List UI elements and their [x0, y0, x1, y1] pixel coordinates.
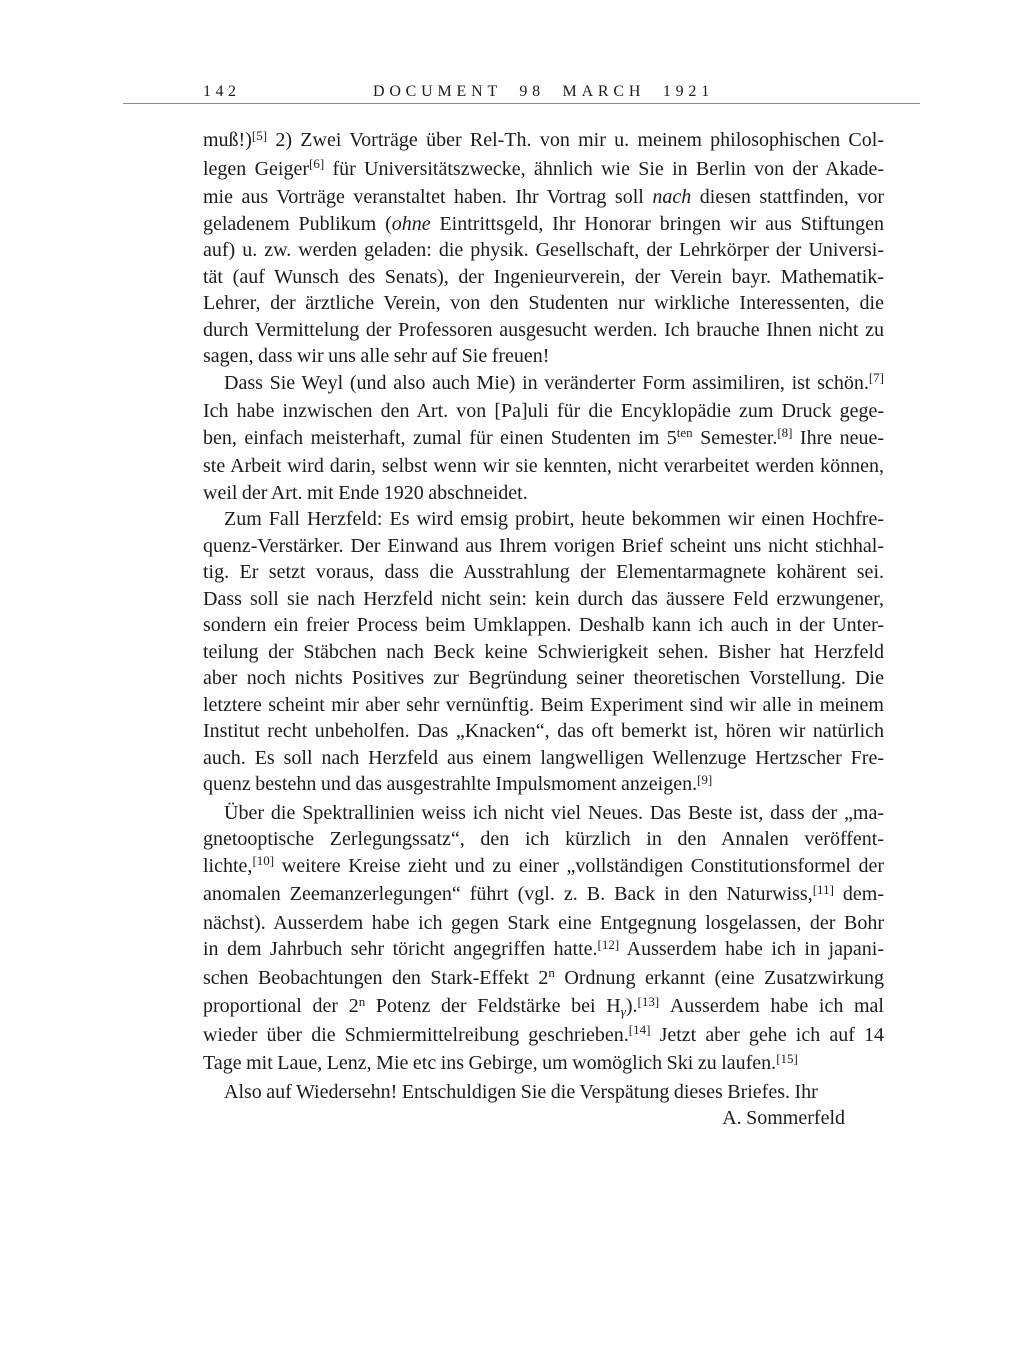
text-line: gnetooptische Zerlegungssatz“, den ich k… [203, 826, 884, 853]
text-segment: in dem Jahrbuch sehr töricht angegriffen… [203, 938, 598, 960]
text-segment: Jetzt aber gehe ich auf 14 [650, 1024, 884, 1046]
text-line: Ich habe inzwischen den Art. von [Pa]uli… [203, 398, 884, 425]
text-segment: Lehrer, der ärztliche Verein, von den St… [203, 292, 884, 314]
text-segment: ste Arbeit wird darin, selbst wenn wir s… [203, 455, 884, 477]
text-line: ben, einfach meisterhaft, zumal für eine… [203, 425, 884, 454]
text-segment: Zum Fall Herzfeld: Es wird emsig probirt… [224, 508, 884, 530]
text-line: teilung der Stäbchen nach Beck keine Sch… [203, 639, 884, 666]
text-line: geladenem Publikum (ohne Eintrittsgeld, … [203, 211, 884, 238]
footnote-marker: [12] [598, 937, 620, 952]
text-line: anomalen Zeemanzerlegungen“ führt (vgl. … [203, 881, 884, 910]
footnote-marker: [13] [638, 994, 660, 1009]
footnote-marker: [9] [697, 772, 712, 787]
text-segment: durch Vermittelung der Professoren ausge… [203, 319, 884, 341]
text-segment: γ [621, 1004, 626, 1019]
text-segment: sagen, dass wir uns alle sehr auf Sie fr… [203, 345, 549, 367]
running-head-title: DOCUMENT 98 MARCH 1921 [203, 83, 884, 101]
text-line: tig. Er setzt voraus, dass die Ausstrahl… [203, 559, 884, 586]
text-line: Über die Spektrallinien weiss ich nicht … [203, 800, 884, 827]
footnote-marker: ten [677, 425, 693, 440]
text-line: Institut recht unbeholfen. Das „Knacken“… [203, 718, 884, 745]
text-segment: mie aus Vorträge veranstaltet haben. Ihr… [203, 186, 652, 208]
text-segment: quenz bestehn und das ausgestrahlte Impu… [203, 773, 697, 795]
text-segment: weil der Art. mit Ende 1920 abschneidet. [203, 482, 528, 504]
text-segment: Ihre neue- [793, 427, 884, 449]
running-head: 142 DOCUMENT 98 MARCH 1921 [123, 83, 920, 103]
text-segment: Tage mit Laue, Lenz, Mie etc ins Gebirge… [203, 1052, 776, 1074]
text-line: tät (auf Wunsch des Senats), der Ingenie… [203, 264, 884, 291]
text-line: Dass soll sie nach Herzfeld nicht sein: … [203, 586, 884, 613]
text-line: mie aus Vorträge veranstaltet haben. Ihr… [203, 184, 884, 211]
text-segment: tät (auf Wunsch des Senats), der Ingenie… [203, 266, 884, 288]
text-line: muß!)[5] 2) Zwei Vorträge über Rel-Th. v… [203, 127, 884, 156]
text-segment: Eintrittsgeld, Ihr Honorar bringen wir a… [431, 213, 884, 235]
text-segment: auf) u. zw. werden geladen: die physik. … [203, 239, 884, 261]
letter-lines: muß!)[5] 2) Zwei Vorträge über Rel-Th. v… [203, 127, 884, 1105]
footnote-marker: [5] [252, 128, 267, 143]
text-line: wieder über die Schmiermittelreibung ges… [203, 1022, 884, 1051]
text-line: letztere scheint mir aber sehr vernünfti… [203, 692, 884, 719]
footnote-marker: [11] [813, 882, 834, 897]
text-segment: Also auf Wiedersehn! Entschuldigen Sie d… [224, 1081, 818, 1103]
text-segment: gnetooptische Zerlegungssatz“, den ich k… [203, 828, 884, 850]
text-line: sondern ein freier Process beim Umklappe… [203, 612, 884, 639]
text-segment: dem- [834, 883, 884, 905]
text-segment: auch. Es soll nach Herzfeld aus einem la… [203, 747, 884, 769]
text-line: schen Beobachtungen den Stark-Effekt 2n … [203, 965, 884, 994]
text-segment: ben, einfach meisterhaft, zumal für eine… [203, 427, 677, 449]
letter-body: muß!)[5] 2) Zwei Vorträge über Rel-Th. v… [203, 127, 884, 1132]
text-segment: muß!) [203, 129, 252, 151]
text-segment: letztere scheint mir aber sehr vernünfti… [203, 694, 884, 716]
signature: A. Sommerfeld [203, 1105, 884, 1132]
text-segment: schen Beobachtungen den Stark-Effekt 2 [203, 967, 548, 989]
text-line: Tage mit Laue, Lenz, Mie etc ins Gebirge… [203, 1050, 884, 1079]
text-segment: Dass Sie Weyl (und also auch Mie) in ver… [224, 372, 869, 394]
text-line: aber noch nichts Positives zur Begründun… [203, 665, 884, 692]
text-segment: Potenz der Feldstärke bei H [365, 995, 620, 1017]
text-segment: Ausserdem habe ich in japani- [619, 938, 884, 960]
text-segment: ohne [392, 213, 431, 235]
text-line: Zum Fall Herzfeld: Es wird emsig probirt… [203, 506, 884, 533]
text-segment: Institut recht unbeholfen. Das „Knacken“… [203, 720, 884, 742]
text-segment: für Universitätszwecke, ähnlich wie Sie … [324, 158, 884, 180]
text-line: weil der Art. mit Ende 1920 abschneidet. [203, 480, 884, 507]
text-segment: 2) Zwei Vorträge über Rel-Th. von mir u.… [267, 129, 884, 151]
text-segment: diesen stattfinden, vor [691, 186, 884, 208]
text-line: auch. Es soll nach Herzfeld aus einem la… [203, 745, 884, 772]
text-segment: Dass soll sie nach Herzfeld nicht sein: … [203, 588, 884, 610]
text-segment: lichte, [203, 855, 252, 877]
text-segment: geladenem Publikum ( [203, 213, 392, 235]
text-segment: ). [626, 995, 638, 1017]
text-line: quenz bestehn und das ausgestrahlte Impu… [203, 771, 884, 800]
text-line: sagen, dass wir uns alle sehr auf Sie fr… [203, 343, 884, 370]
footnote-marker: [15] [776, 1051, 798, 1066]
text-segment: weitere Kreise zieht und zu einer „volls… [274, 855, 884, 877]
text-segment: nach [652, 186, 691, 208]
text-line: legen Geiger[6] für Universitätszwecke, … [203, 156, 884, 185]
text-line: nächst). Ausserdem habe ich gegen Stark … [203, 910, 884, 937]
text-segment: aber noch nichts Positives zur Begründun… [203, 667, 884, 689]
text-segment: Ich habe inzwischen den Art. von [Pa]uli… [203, 400, 884, 422]
footnote-marker: [6] [309, 156, 324, 171]
text-line: proportional der 2n Potenz der Feldstärk… [203, 993, 884, 1022]
footnote-marker: n [548, 965, 555, 980]
text-segment: wieder über die Schmiermittelreibung ges… [203, 1024, 629, 1046]
footnote-marker: [10] [252, 853, 274, 868]
text-segment: Über die Spektrallinien weiss ich nicht … [224, 802, 884, 824]
text-line: ste Arbeit wird darin, selbst wenn wir s… [203, 453, 884, 480]
footnote-marker: n [359, 994, 366, 1009]
text-line: durch Vermittelung der Professoren ausge… [203, 317, 884, 344]
footnote-marker: [7] [869, 370, 884, 385]
text-segment: legen Geiger [203, 158, 309, 180]
text-line: Lehrer, der ärztliche Verein, von den St… [203, 290, 884, 317]
text-segment: Ordnung erkannt (eine Zusatzwirkung [555, 967, 884, 989]
text-segment: proportional der 2 [203, 995, 359, 1017]
footnote-marker: [8] [777, 425, 792, 440]
text-segment: nächst). Ausserdem habe ich gegen Stark … [203, 912, 884, 934]
text-line: quenz-Verstärker. Der Einwand aus Ihrem … [203, 533, 884, 560]
text-line: Dass Sie Weyl (und also auch Mie) in ver… [203, 370, 884, 399]
text-line: Also auf Wiedersehn! Entschuldigen Sie d… [203, 1079, 884, 1106]
text-line: lichte,[10] weitere Kreise zieht und zu … [203, 853, 884, 882]
text-segment: anomalen Zeemanzerlegungen“ führt (vgl. … [203, 883, 813, 905]
text-segment: teilung der Stäbchen nach Beck keine Sch… [203, 641, 884, 663]
text-segment: sondern ein freier Process beim Umklappe… [203, 614, 884, 636]
text-segment: Ausserdem habe ich mal [659, 995, 884, 1017]
book-page: 142 DOCUMENT 98 MARCH 1921 muß!)[5] 2) Z… [0, 0, 1020, 1361]
header-rule [123, 103, 920, 104]
text-line: in dem Jahrbuch sehr töricht angegriffen… [203, 936, 884, 965]
text-segment: quenz-Verstärker. Der Einwand aus Ihrem … [203, 535, 884, 557]
text-line: auf) u. zw. werden geladen: die physik. … [203, 237, 884, 264]
text-segment: tig. Er setzt voraus, dass die Ausstrahl… [203, 561, 884, 583]
text-segment: Semester. [693, 427, 778, 449]
footnote-marker: [14] [629, 1022, 651, 1037]
